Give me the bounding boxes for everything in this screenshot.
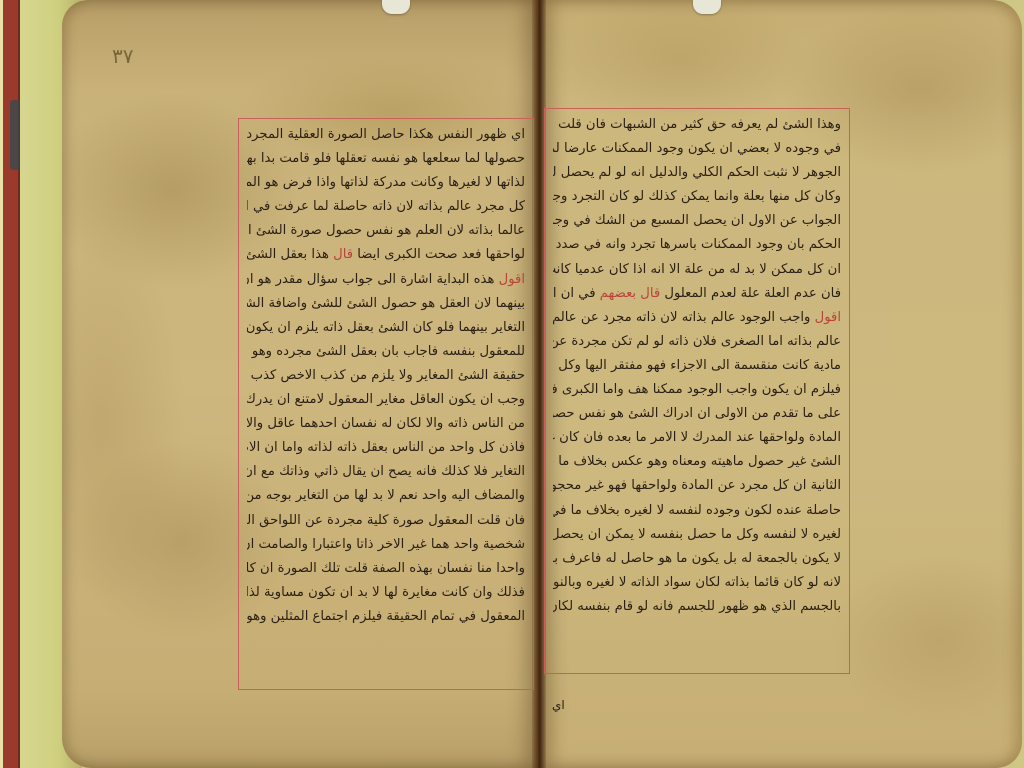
text-line: فذلك وان كانت مغايرة لها لا بد ان تكون م… bbox=[247, 581, 525, 605]
line-text: لانه لو كان قائما بذاته لكان سواد الذاته… bbox=[553, 575, 841, 590]
line-text: من الناس ذاته والا لكان له نفسان احدهما … bbox=[247, 416, 525, 431]
right-text-block: وهذا الشئ لم يعرفه حق كثير من الشبهات فا… bbox=[544, 108, 850, 674]
line-text: الشئ غير حصول ماهيته ومعناه وهو عكس بخلا… bbox=[553, 454, 841, 469]
line-text: حاصلة عنده لكون وجوده لنفسه لا لغيره بخل… bbox=[553, 503, 841, 518]
text-line: التغاير فلا كذلك فانه يصح ان يقال ذاتي و… bbox=[247, 460, 525, 484]
line-text: التغاير بينهما فلو كان الشئ بعقل ذاته يل… bbox=[247, 320, 525, 335]
text-line: مادية كانت منقسمة الى الاجزاء فهو مفتقر … bbox=[553, 354, 841, 378]
line-text: فذلك وان كانت مغايرة لها لا بد ان تكون م… bbox=[247, 585, 525, 600]
text-line: لواحقها فعد صحت الكبرى ايضا قال هذا بعقل… bbox=[247, 243, 525, 267]
text-line: بينهما لان العقل هو حصول الشئ للشئ واضاف… bbox=[247, 292, 525, 316]
line-text: لذاتها لا لغيرها وكانت مدركة لذاتها واذا… bbox=[247, 175, 525, 190]
text-line: كل مجرد عالم بذاته لان ذاته حاصلة لما عر… bbox=[247, 195, 525, 219]
text-line: حاصلة عنده لكون وجوده لنفسه لا لغيره بخل… bbox=[553, 499, 841, 523]
line-text: الجواب عن الاول ان يحصل المسبع من الشك ف… bbox=[553, 213, 841, 228]
line-text: عالما بذاته لان العلم هو نفس حصول صورة ا… bbox=[247, 223, 525, 238]
text-line: في وجوده لا بعضي ان يكون وجود الممكنات ع… bbox=[553, 137, 841, 161]
rubric-word: قال بعضهم bbox=[600, 286, 660, 301]
text-line: الشئ غير حصول ماهيته ومعناه وهو عكس بخلا… bbox=[553, 450, 841, 474]
line-text: شخصية واحد هما غير الاخر ذاتا واعتبارا و… bbox=[247, 537, 525, 552]
text-line: فان قلت المعقول صورة كلية مجردة عن اللوا… bbox=[247, 509, 525, 533]
text-line: الثانية ان كل مجرد عن المادة ولواحقها فه… bbox=[553, 474, 841, 498]
rubric-word: اقول bbox=[499, 272, 525, 287]
catchword: اي bbox=[552, 698, 565, 712]
page-tab-right bbox=[693, 0, 721, 14]
text-line: لا يكون بالجمعة له بل يكون ما هو حاصل له… bbox=[553, 547, 841, 571]
text-line: على ما تقدم من الاولى ان ادراك الشئ هو ن… bbox=[553, 402, 841, 426]
folio-number: ٣٧ bbox=[112, 44, 133, 68]
text-line: التغاير بينهما فلو كان الشئ بعقل ذاته يل… bbox=[247, 316, 525, 340]
line-text: في ان الواجب عالم بذاته bbox=[553, 286, 600, 301]
text-line: ان كل ممكن لا بد له من علة الا انه اذا ك… bbox=[553, 258, 841, 282]
line-text: كل مجرد عالم بذاته لان ذاته حاصلة لما عر… bbox=[247, 199, 525, 214]
line-text: فاذن كل واحد من الناس بعقل ذاته لذاته وا… bbox=[247, 440, 525, 455]
text-line: شخصية واحد هما غير الاخر ذاتا واعتبارا و… bbox=[247, 533, 525, 557]
text-line: حصولها لما سعلعها هو نفسه تعقلها فلو قام… bbox=[247, 147, 525, 171]
text-line: اقول هذه البداية اشارة الى جواب سؤال مقد… bbox=[247, 268, 525, 292]
text-line: واحدا منا نفسان بهذه الصفة قلت تلك الصور… bbox=[247, 557, 525, 581]
text-line: الحكم بان وجود الممكنات باسرها تجرد وانه… bbox=[553, 233, 841, 257]
text-line: وجب ان يكون العاقل مغاير المعقول لامتنع … bbox=[247, 388, 525, 412]
line-text: التغاير فلا كذلك فانه يصح ان يقال ذاتي و… bbox=[247, 464, 525, 479]
text-line: عالما بذاته لان العلم هو نفس حصول صورة ا… bbox=[247, 219, 525, 243]
line-text: حقيقة الشئ المغاير ولا يلزم من كذب الاخص… bbox=[247, 368, 525, 383]
text-line: فان عدم العلة علة لعدم المعلول قال بعضهم… bbox=[553, 282, 841, 306]
line-text: هذا بعقل الشئ bbox=[247, 247, 333, 262]
line-text: فيلزم ان يكون واجب الوجود ممكنا هف واما … bbox=[553, 382, 841, 397]
line-text: هذه البداية اشارة الى جواب سؤال مقدر هو … bbox=[247, 272, 499, 287]
line-text: المعقول في تمام الحقيقة فيلزم اجتماع الم… bbox=[247, 609, 525, 624]
binding-stain bbox=[10, 100, 20, 170]
text-line: المعقول في تمام الحقيقة فيلزم اجتماع الم… bbox=[247, 605, 525, 629]
page-tab-left bbox=[382, 0, 410, 14]
text-line: بالجسم الذي هو ظهور للجسم فانه لو قام بن… bbox=[553, 595, 841, 619]
line-text: اي ظهور النفس هكذا حاصل الصورة العقلية ا… bbox=[247, 127, 525, 142]
rubric-word: اقول bbox=[815, 310, 841, 325]
line-text: عالم بذاته اما الصغرى فلان ذاته لو لم تك… bbox=[553, 334, 841, 349]
line-text: لغيره لا لنفسه وكل ما حصل بنفسه لا يمكن … bbox=[553, 527, 841, 542]
text-line: لذاتها لا لغيرها وكانت مدركة لذاتها واذا… bbox=[247, 171, 525, 195]
text-line: والمضاف اليه واحد نعم لا بد لها من التغا… bbox=[247, 484, 525, 508]
text-line: فاذن كل واحد من الناس بعقل ذاته لذاته وا… bbox=[247, 436, 525, 460]
line-text: وجب ان يكون العاقل مغاير المعقول لامتنع … bbox=[247, 392, 525, 407]
text-line: عالم بذاته اما الصغرى فلان ذاته لو لم تك… bbox=[553, 330, 841, 354]
line-text: ان كل ممكن لا بد له من علة الا انه اذا ك… bbox=[553, 262, 841, 277]
line-text: الحكم بان وجود الممكنات باسرها تجرد وانه… bbox=[553, 237, 841, 252]
text-line: وهذا الشئ لم يعرفه حق كثير من الشبهات فا… bbox=[553, 113, 841, 137]
line-text: والمضاف اليه واحد نعم لا بد لها من التغا… bbox=[247, 488, 525, 503]
line-text: لواحقها فعد صحت الكبرى ايضا bbox=[353, 247, 525, 262]
line-text: واجب الوجود عالم بذاته لان ذاته مجرد عن … bbox=[553, 310, 815, 325]
text-line: للمعقول بنفسه فاجاب بان بعقل الشئ مجرده … bbox=[247, 340, 525, 364]
text-line: المادة ولواحقها عند المدرك لا الامر ما ب… bbox=[553, 426, 841, 450]
text-line: اي ظهور النفس هكذا حاصل الصورة العقلية ا… bbox=[247, 123, 525, 147]
book-binding-edge bbox=[0, 0, 24, 768]
line-text: لا يكون بالجمعة له بل يكون ما هو حاصل له… bbox=[553, 551, 841, 566]
line-text: فان عدم العلة علة لعدم المعلول bbox=[660, 286, 841, 301]
text-line: الجواب عن الاول ان يحصل المسبع من الشك ف… bbox=[553, 209, 841, 233]
line-text: وهذا الشئ لم يعرفه حق كثير من الشبهات فا… bbox=[553, 117, 841, 132]
line-text: واحدا منا نفسان بهذه الصفة قلت تلك الصور… bbox=[247, 561, 525, 576]
text-line: الجوهر لا نثبت الحكم الكلي والدليل انه ل… bbox=[553, 161, 841, 185]
line-text: في وجوده لا بعضي ان يكون وجود الممكنات ع… bbox=[553, 141, 841, 156]
line-text: حصولها لما سعلعها هو نفسه تعقلها فلو قام… bbox=[247, 151, 525, 166]
line-text: الجوهر لا نثبت الحكم الكلي والدليل انه ل… bbox=[553, 165, 841, 180]
text-line: فيلزم ان يكون واجب الوجود ممكنا هف واما … bbox=[553, 378, 841, 402]
text-line: حقيقة الشئ المغاير ولا يلزم من كذب الاخص… bbox=[247, 364, 525, 388]
left-text-block: اي ظهور النفس هكذا حاصل الصورة العقلية ا… bbox=[238, 118, 534, 690]
line-text: على ما تقدم من الاولى ان ادراك الشئ هو ن… bbox=[553, 406, 841, 421]
text-line: من الناس ذاته والا لكان له نفسان احدهما … bbox=[247, 412, 525, 436]
rubric-word: قال bbox=[333, 247, 353, 262]
text-line: لغيره لا لنفسه وكل ما حصل بنفسه لا يمكن … bbox=[553, 523, 841, 547]
line-text: بينهما لان العقل هو حصول الشئ للشئ واضاف… bbox=[247, 296, 525, 311]
line-text: فان قلت المعقول صورة كلية مجردة عن اللوا… bbox=[247, 513, 525, 528]
line-text: الثانية ان كل مجرد عن المادة ولواحقها فه… bbox=[553, 478, 841, 493]
text-line: لانه لو كان قائما بذاته لكان سواد الذاته… bbox=[553, 571, 841, 595]
line-text: المادة ولواحقها عند المدرك لا الامر ما ب… bbox=[553, 430, 841, 445]
text-line: وكان كل منها بعلة وانما يمكن كذلك لو كان… bbox=[553, 185, 841, 209]
line-text: وكان كل منها بعلة وانما يمكن كذلك لو كان… bbox=[553, 189, 841, 204]
text-line: اقول واجب الوجود عالم بذاته لان ذاته مجر… bbox=[553, 306, 841, 330]
line-text: بالجسم الذي هو ظهور للجسم فانه لو قام بن… bbox=[553, 599, 841, 614]
line-text: للمعقول بنفسه فاجاب بان بعقل الشئ مجرده … bbox=[247, 344, 525, 359]
line-text: مادية كانت منقسمة الى الاجزاء فهو مفتقر … bbox=[553, 358, 841, 373]
